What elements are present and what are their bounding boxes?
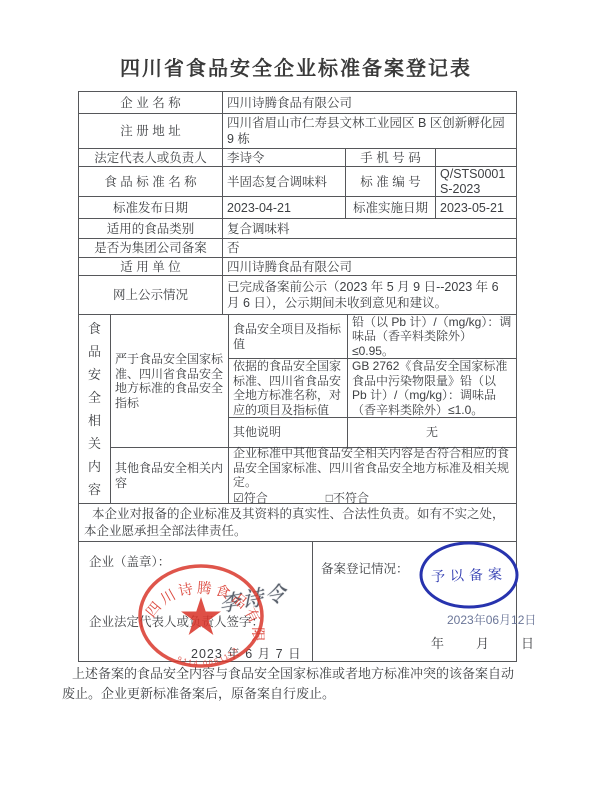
label-company-name: 企 业 名 称: [79, 92, 223, 114]
approval-stamp-text: 予以备案: [431, 566, 508, 585]
value-implement-date: 2023-05-21: [436, 197, 516, 219]
label-stricter-indicators: 严于食品安全国家标准、四川省食品安全地方标准的食品安全指标: [111, 315, 229, 448]
seal-star-icon: [181, 597, 221, 635]
label-registered-address: 注 册 地 址: [79, 114, 223, 149]
registration-table: 企 业 名 称 四川诗腾食品有限公司 注 册 地 址 四川省眉山市仁寿县文林工业…: [78, 91, 517, 662]
label-basis-standard: 依据的食品安全国家标准、四川省食品安全地方标准名称，对应的项目及指标值: [229, 359, 348, 418]
value-mobile-number: [436, 149, 516, 167]
svg-text:9114 0061113: 9114 0061113: [176, 645, 240, 667]
label-standard-name: 食 品 标 准 名 称: [79, 167, 223, 197]
label-publish-date: 标准发布日期: [79, 197, 223, 219]
value-other-safety-content: 企业标准中其他食品安全相关内容是否符合相应的食品安全国家标准、四川省食品安全地方…: [229, 448, 516, 504]
label-other-note: 其他说明: [229, 418, 348, 448]
approval-stamp-icon: 予以备案: [417, 539, 521, 611]
label-standard-number: 标 准 编 号: [346, 167, 436, 197]
side-label-text: 食品安全相关内容: [88, 317, 101, 501]
value-applicable-unit: 四川诗腾食品有限公司: [223, 258, 516, 276]
blank-date-placeholder: 年 月 日: [431, 636, 536, 652]
seal-registration-digits: 9114 0061113: [176, 645, 240, 667]
document-page: 四川省食品安全企业标准备案登记表 企 业 名 称 四川诗腾食品有限公司 注 册 …: [0, 0, 592, 793]
side-label-food-safety: 食品安全相关内容: [79, 315, 111, 504]
approval-stamp-date: 2023年06月12日: [447, 612, 536, 628]
company-seal-stamp-icon: 四川诗腾食品有限公司 9114 0061113: [135, 562, 267, 670]
value-standard-name: 半固态复合调味料: [223, 167, 346, 197]
value-online-publicity: 已完成备案前公示（2023 年 5 月 9 日--2023 年 6 月 6 日）…: [223, 276, 516, 315]
value-company-name: 四川诗腾食品有限公司: [223, 92, 516, 114]
value-standard-number: Q/STS0001S-2023: [436, 167, 516, 197]
value-safety-item: 铅（以 Pb 计）/（mg/kg）：调味品（香辛料类除外）≤0.95。: [348, 315, 516, 359]
label-food-category: 适用的食品类别: [79, 219, 223, 239]
value-food-category: 复合调味料: [223, 219, 516, 239]
value-basis-standard: GB 2762《食品安全国家标准 食品中污染物限量》铅（以 Pb 计）/（mg/…: [348, 359, 516, 418]
basic-info-section: 企 业 名 称 四川诗腾食品有限公司 注 册 地 址 四川省眉山市仁寿县文林工业…: [79, 92, 516, 315]
label-mobile-number: 手 机 号 码: [346, 149, 436, 167]
label-legal-representative: 法定代表人或负责人: [79, 149, 223, 167]
registration-signoff-cell: 备案登记情况： 予以备案 2023年06月12日 年 月 日: [313, 542, 516, 661]
label-implement-date: 标准实施日期: [346, 197, 436, 219]
checkbox-noncompliant-unchecked: □不符合: [326, 491, 369, 506]
value-group-filing: 否: [223, 239, 516, 258]
value-other-note: 无: [348, 418, 516, 448]
company-signoff-cell: 企业（盖章）： 企业法定代表人或负责人签字： 李诗令 2023 年 6 月 7 …: [79, 542, 313, 661]
registration-status-label: 备案登记情况：: [321, 561, 409, 577]
responsibility-statement: 本企业对报备的企业标准及其资料的真实性、合法性负责。如有不实之处，本企业愿承担全…: [79, 504, 516, 542]
signoff-section: 企业（盖章）： 企业法定代表人或负责人签字： 李诗令 2023 年 6 月 7 …: [79, 542, 516, 661]
label-online-publicity: 网上公示情况: [79, 276, 223, 315]
compliance-check-row: ☑符合 □不符合: [233, 491, 512, 506]
value-legal-representative: 李诗令: [223, 149, 346, 167]
other-safety-paragraph: 企业标准中其他食品安全相关内容是否符合相应的食品安全国家标准、四川省食品安全地方…: [233, 446, 512, 490]
label-other-safety-content: 其他食品安全相关内容: [111, 448, 229, 504]
label-group-filing: 是否为集团公司备案: [79, 239, 223, 258]
value-publish-date: 2023-04-21: [223, 197, 346, 219]
footer-note: 上述备案的食品安全内容与食品安全国家标准或者地方标准冲突的该备案自动废止。企业更…: [62, 664, 524, 703]
label-safety-item: 食品安全项目及指标值: [229, 315, 348, 359]
checkbox-compliant-checked: ☑符合: [233, 491, 268, 506]
label-applicable-unit: 适 用 单 位: [79, 258, 223, 276]
value-registered-address: 四川省眉山市仁寿县文林工业园区 B 区创新孵化园 9 栋: [223, 114, 516, 149]
page-title: 四川省食品安全企业标准备案登记表: [0, 52, 592, 81]
food-safety-section: 食品安全相关内容 严于食品安全国家标准、四川省食品安全地方标准的食品安全指标 食…: [79, 315, 516, 504]
